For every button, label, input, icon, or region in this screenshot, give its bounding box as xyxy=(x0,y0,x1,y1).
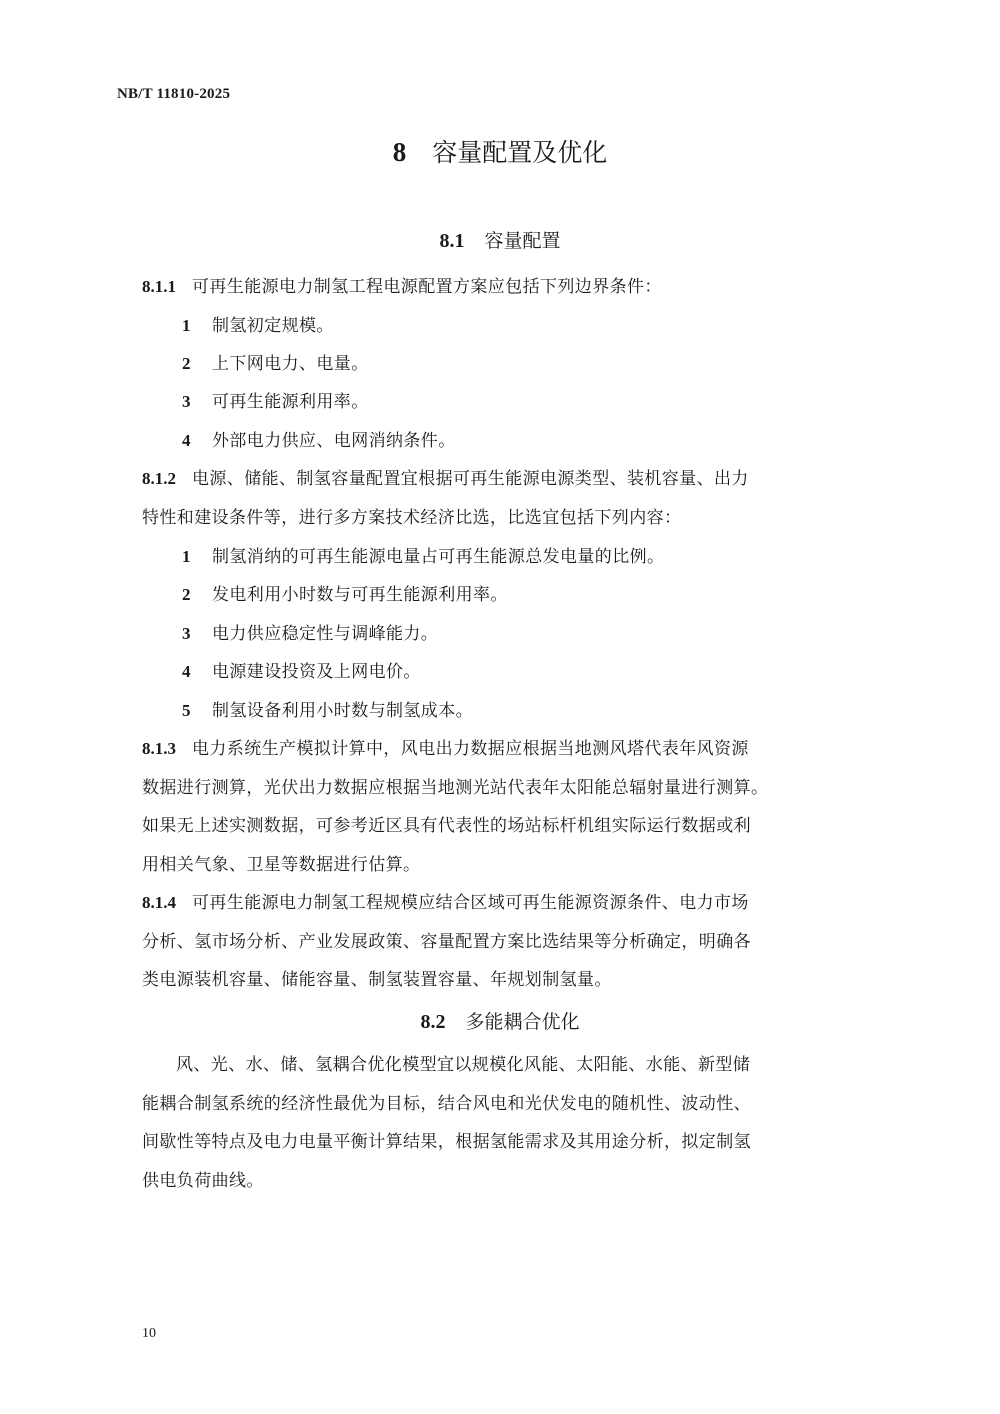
paragraph-line: 供电负荷曲线。 xyxy=(142,1166,264,1191)
paragraph-line: 风、光、水、储、氢耦合优化模型宜以规模化风能、太阳能、水能、新型储 xyxy=(176,1050,750,1075)
clause-number: 8.1.3 xyxy=(142,739,176,758)
chapter-number: 8 xyxy=(393,137,407,167)
clause-8-1-2: 8.1.2电源、储能、制氢容量配置宜根据可再生能源电源类型、装机容量、出力 xyxy=(142,464,749,489)
clause-text-line: 数据进行测算，光伏出力数据应根据当地测光站代表年太阳能总辐射量进行测算。 xyxy=(142,773,768,798)
clause-8-1-3: 8.1.3电力系统生产模拟计算中，风电出力数据应根据当地测风塔代表年风资源 xyxy=(142,734,749,759)
list-item: 5制氢设备利用小时数与制氢成本。 xyxy=(182,696,473,721)
section-heading-8-2: 8.2多能耦合优化 xyxy=(0,1007,1000,1034)
list-item: 2上下网电力、电量。 xyxy=(182,349,369,374)
paragraph-line: 能耦合制氢系统的经济性最优为目标，结合风电和光伏发电的随机性、波动性、 xyxy=(142,1089,751,1114)
clause-8-1-1: 8.1.1可再生能源电力制氢工程电源配置方案应包括下列边界条件： xyxy=(142,272,662,297)
list-item: 2发电利用小时数与可再生能源利用率。 xyxy=(182,580,508,605)
list-item: 3电力供应稳定性与调峰能力。 xyxy=(182,619,438,644)
list-item: 4外部电力供应、电网消纳条件。 xyxy=(182,426,456,451)
list-item: 1制氢消纳的可再生能源电量占可再生能源总发电量的比例。 xyxy=(182,542,664,567)
standard-code: NB/T 11810-2025 xyxy=(117,86,230,103)
clause-text-line: 分析、氢市场分析、产业发展政策、容量配置方案比选结果等分析确定，明确各 xyxy=(142,927,751,952)
list-item: 4电源建设投资及上网电价。 xyxy=(182,657,421,682)
clause-text-line: 特性和建设条件等，进行多方案技术经济比选，比选宜包括下列内容： xyxy=(142,503,681,528)
page-number: 10 xyxy=(142,1326,156,1342)
clause-text-line: 类电源装机容量、储能容量、制氢装置容量、年规划制氢量。 xyxy=(142,965,612,990)
section-title: 容量配置 xyxy=(484,230,560,252)
section-number: 8.2 xyxy=(420,1011,445,1033)
section-number: 8.1 xyxy=(439,230,464,252)
section-title: 多能耦合优化 xyxy=(465,1011,579,1033)
clause-number: 8.1.1 xyxy=(142,277,176,296)
clause-text-line: 用相关气象、卫星等数据进行估算。 xyxy=(142,850,420,875)
clause-text: 可再生能源电力制氢工程电源配置方案应包括下列边界条件： xyxy=(192,277,662,297)
list-item: 1制氢初定规模。 xyxy=(182,311,334,336)
chapter-heading: 8容量配置及优化 xyxy=(0,133,1000,169)
chapter-title: 容量配置及优化 xyxy=(432,138,607,167)
clause-8-1-4: 8.1.4可再生能源电力制氢工程规模应结合区域可再生能源资源条件、电力市场 xyxy=(142,888,749,913)
clause-number: 8.1.2 xyxy=(142,469,176,488)
clause-number: 8.1.4 xyxy=(142,893,176,912)
section-heading-8-1: 8.1容量配置 xyxy=(0,226,1000,253)
list-item: 3可再生能源利用率。 xyxy=(182,387,369,412)
clause-text-line: 如果无上述实测数据，可参考近区具有代表性的场站标杆机组实际运行数据或利 xyxy=(142,811,751,836)
paragraph-line: 间歇性等特点及电力电量平衡计算结果，根据氢能需求及其用途分析，拟定制氢 xyxy=(142,1127,751,1152)
